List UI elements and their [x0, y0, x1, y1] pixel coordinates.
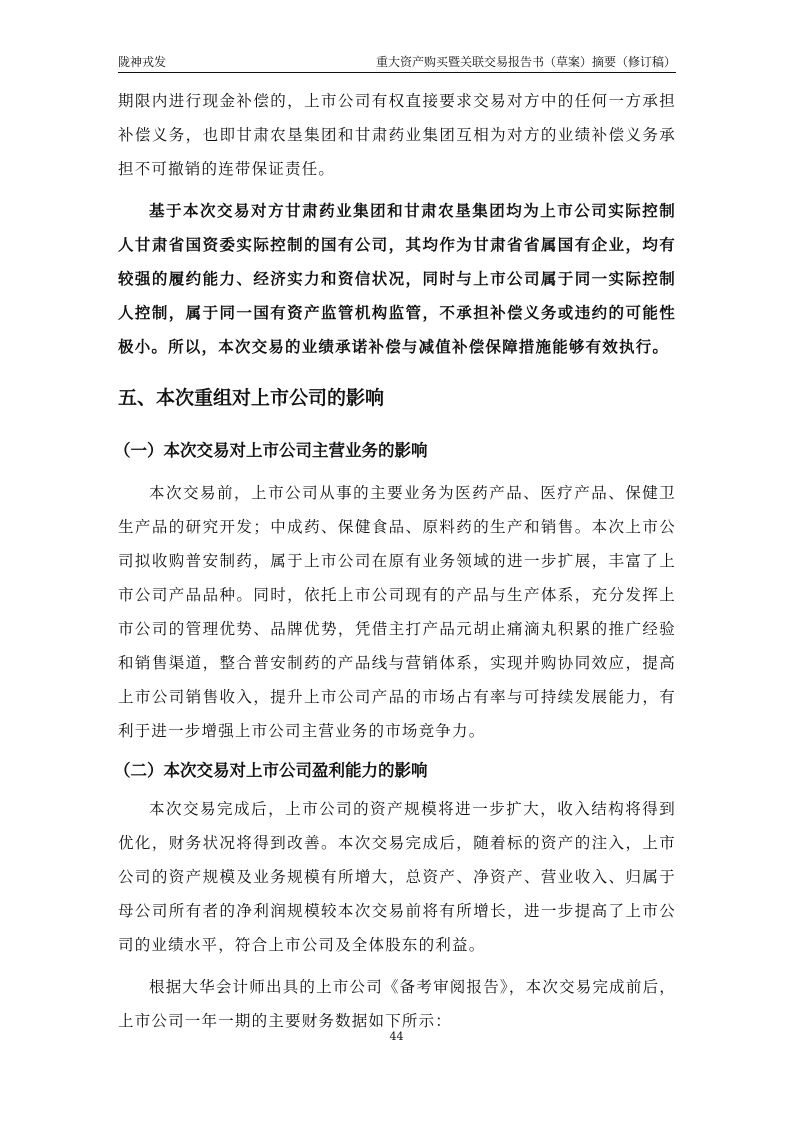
- paragraph-profitability: 本次交易完成后，上市公司的资产规模将进一步扩大，收入结构将得到优化，财务状况将得…: [118, 792, 676, 962]
- section-title: 五、本次重组对上市公司的影响: [118, 386, 676, 410]
- paragraph-main-business: 本次交易前，上市公司从事的主要业务为医药产品、医疗产品、保健卫生产品的研究开发；…: [118, 476, 676, 748]
- page-number: 44: [0, 1030, 793, 1043]
- paragraph-financial-data-intro: 根据大华会计师出具的上市公司《备考审阅报告》，本次交易完成前后，上市公司一年一期…: [118, 970, 676, 1038]
- paragraph-guarantee: 基于本次交易对方甘肃药业集团和甘肃农垦集团均为上市公司实际控制人甘肃省国资委实际…: [118, 194, 676, 364]
- subsection-title-1: （一）本次交易对上市公司主营业务的影响: [114, 440, 676, 462]
- header-document-title: 重大资产购买暨关联交易报告书（草案）摘要（修订稿）: [376, 54, 676, 70]
- header-company: 陇神戎发: [118, 54, 166, 70]
- paragraph-continuation: 期限内进行现金补偿的，上市公司有权直接要求交易对方中的任何一方承担补偿义务，也即…: [118, 84, 676, 186]
- page-header: 陇神戎发 重大资产购买暨关联交易报告书（草案）摘要（修订稿）: [118, 54, 676, 73]
- page-body: 期限内进行现金补偿的，上市公司有权直接要求交易对方中的任何一方承担补偿义务，也即…: [118, 84, 676, 1038]
- subsection-title-2: （二）本次交易对上市公司盈利能力的影响: [114, 760, 676, 782]
